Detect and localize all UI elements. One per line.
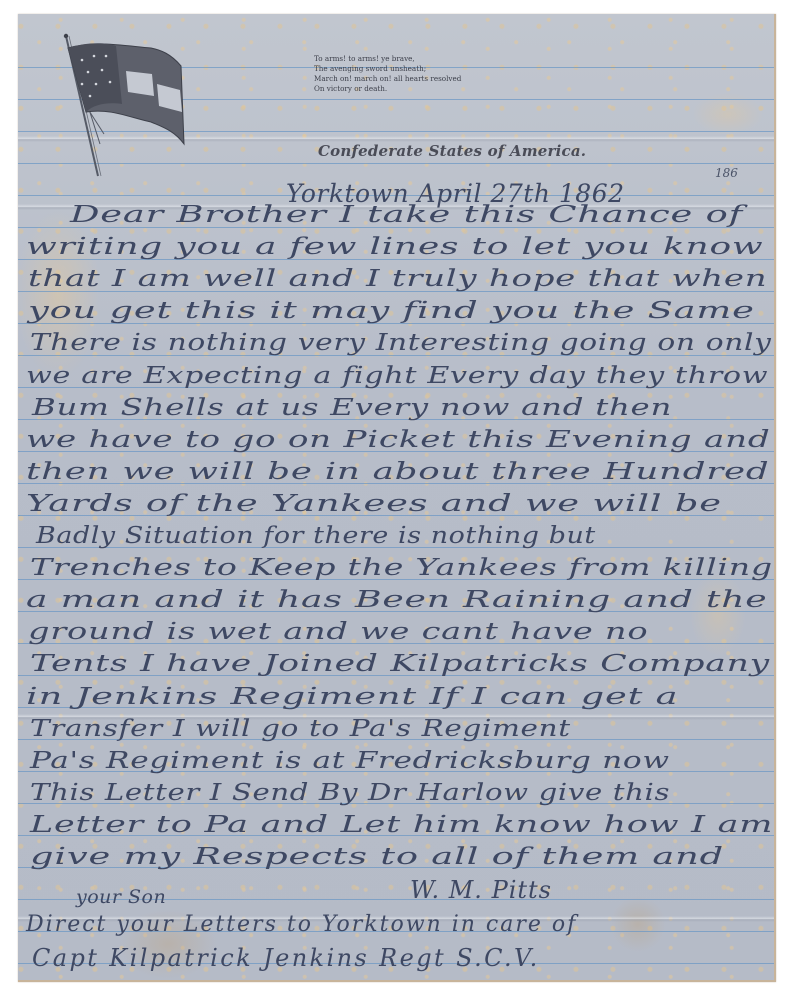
letter-body-line: Tents I have Joined Kilpatricks Company (30, 651, 770, 677)
letter-body-line: Pa's Regiment is at Fredricksburg now (30, 748, 670, 774)
letter-body-line: Dear Brother I take this Chance of (70, 202, 743, 228)
letter-body-line: give my Respects to all of them and (30, 844, 724, 870)
letter-body-line: There is nothing very Interesting going … (30, 330, 772, 356)
letter-body-line: Trenches to Keep the Yankees from killin… (30, 555, 773, 581)
signature: W. M. Pitts (410, 876, 552, 904)
letter-body-line: writing you a few lines to let you know (26, 234, 763, 260)
motto-line: On victory or death. (314, 84, 461, 94)
letterhead-title: Confederate States of America. (318, 142, 586, 160)
postscript-line: Direct your Letters to Yorktown in care … (26, 912, 577, 937)
postscript-line: Capt Kilpatrick Jenkins Regt S.C.V. (32, 944, 540, 972)
motto-line: March on! march on! all hearts resolved (314, 74, 461, 84)
letter-body-line: you get this it may find you the Same (28, 298, 755, 324)
letter-sheet: To arms! to arms! ye brave, The avenging… (18, 14, 776, 982)
folio-number: 186 (715, 166, 738, 180)
letter-body-line: that I am well and I truly hope that whe… (28, 266, 767, 292)
letter-body-line: Badly Situation for there is nothing but (36, 523, 596, 549)
motto-verse: To arms! to arms! ye brave, The avenging… (314, 54, 461, 94)
motto-line: To arms! to arms! ye brave, (314, 54, 461, 64)
letter-body-line: Yards of the Yankees and we will be (26, 491, 722, 517)
letter-body-line: in Jenkins Regiment If I can get a (26, 684, 678, 710)
letter-body-line: Letter to Pa and Let him know how I am (30, 812, 773, 838)
letter-body-line: we have to go on Picket this Evening and (26, 427, 770, 453)
letter-body-line: then we will be in about three Hundred (26, 459, 769, 485)
letter-body-line: a man and it has Been Raining and the (26, 587, 767, 613)
letter-body-line: This Letter I Send By Dr Harlow give thi… (30, 780, 670, 806)
letter-body-line: Bum Shells at us Every now and then (32, 395, 672, 421)
confederate-flag-icon (56, 26, 196, 186)
motto-line: The avenging sword unsheath; (314, 64, 461, 74)
letter-body-line: Transfer I will go to Pa's Regiment (30, 716, 571, 742)
letter-body-line: ground is wet and we cant have no (28, 619, 648, 645)
letter-body-line: we are Expecting a fight Every day they … (26, 363, 768, 389)
closing: your Son (76, 886, 166, 908)
